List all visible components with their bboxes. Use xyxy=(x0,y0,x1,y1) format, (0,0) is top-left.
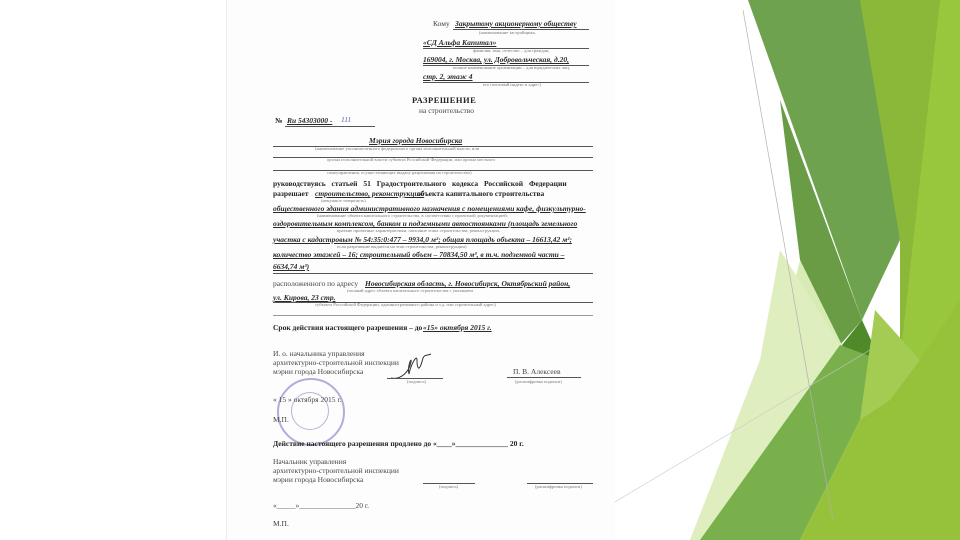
ext-signatory-line-2: архитектурно-строительной инспекции xyxy=(273,467,399,475)
validity-label: Срок действия настоящего разрешения – до xyxy=(273,324,422,332)
ext-signatory-line-3: мэрии города Новосибирска xyxy=(273,476,363,484)
ext-name-caption: (расшифровка подписи) xyxy=(535,485,582,490)
recipient-line-3: 169004, г. Москва, ул. Добровольческая, … xyxy=(423,56,569,64)
address-line-2: ул. Кирова, 23 стр. xyxy=(273,294,335,302)
issuer-caption-2: органа исполнительной власти субъекта Ро… xyxy=(327,158,495,163)
number-label: № xyxy=(275,117,283,125)
basis-line-2-suffix: объекта капитального строительства xyxy=(417,190,544,198)
basis-line-2-value: строительство, реконструкцию xyxy=(315,190,424,198)
recipient-line-2: «СД Альфа Капитал» xyxy=(423,39,496,47)
signature-caption: (подпись) xyxy=(407,380,426,385)
object-line-1: общественного здания административного н… xyxy=(273,205,586,213)
recipient-line-4: стр. 2, этаж 4 xyxy=(423,73,473,81)
signatory-line-2: архитектурно-строительной инспекции xyxy=(273,359,399,367)
divider xyxy=(273,315,593,316)
address-line-1: Новосибирская область, г. Новосибирск, О… xyxy=(365,280,570,288)
object-line-3: участка с кадастровым № 54:35:0:477 – 99… xyxy=(273,236,572,244)
divider xyxy=(507,377,581,378)
recipient-caption-3: полное наименование организации – для юр… xyxy=(453,66,570,71)
seal-label: М.П. xyxy=(273,416,289,424)
object-caption-3: если разрешение выдается на этап строите… xyxy=(337,245,467,250)
presentation-slide: Кому Закрытому акционерному обществу (на… xyxy=(0,0,960,540)
basis-line-1: руководствуясь статьей 51 Градостроитель… xyxy=(273,180,567,188)
object-line-4: количество этажей – 16; строительный объ… xyxy=(273,251,564,259)
issuer-caption-1: (наименование уполномоченного федерально… xyxy=(315,147,479,152)
address-prefix: расположенного по адресу xyxy=(273,280,358,288)
recipient-caption-1: (наименование застройщика, xyxy=(479,31,536,36)
signatory-line-1: И. о. начальника управления xyxy=(273,350,365,358)
signatory-line-3: мэрии города Новосибирска xyxy=(273,368,363,376)
permit-number-handwritten: 111 xyxy=(341,116,351,124)
ext-signature-caption: (подпись) xyxy=(439,485,458,490)
signatory-name: П. В. Алексеев xyxy=(513,368,560,376)
extension-text: Действие настоящего разрешения продлено … xyxy=(273,440,524,448)
divider xyxy=(285,126,375,127)
official-seal xyxy=(277,378,345,446)
divider xyxy=(273,273,593,274)
basis-caption: (ненужное зачеркнуть) xyxy=(321,199,366,204)
document-title: РАЗРЕШЕНИЕ xyxy=(412,96,476,105)
address-caption-1: (полный адрес объекта капитального строи… xyxy=(347,289,473,294)
sign-date: « 15 » октября 2015 г. xyxy=(273,396,341,404)
ext-signatory-line-1: Начальник управления xyxy=(273,458,346,466)
ext-date: «_____»_______________20 г. xyxy=(273,502,369,510)
ext-seal-label: М.П. xyxy=(273,520,289,528)
object-line-2: оздоровительным комплексом, банком и под… xyxy=(273,220,577,228)
object-caption-2: краткие проектные характеристики, описан… xyxy=(337,229,500,234)
address-caption-2: субъекта Российской Федерации, администр… xyxy=(315,303,496,308)
issuer: Мэрия города Новосибирска xyxy=(369,137,462,145)
object-line-5: 6634,74 м³) xyxy=(273,263,309,271)
recipient-caption-2: фамилия, имя, отчество – для граждан, xyxy=(473,49,549,54)
basis-line-2-prefix: разрешает xyxy=(273,190,309,198)
scanned-building-permit: Кому Закрытому акционерному обществу (на… xyxy=(226,0,615,540)
signatory-name-caption: (расшифровка подписи) xyxy=(515,380,562,385)
document-subtitle: на строительство xyxy=(419,107,474,115)
recipient-label: Кому xyxy=(433,20,450,28)
object-caption-1: (наименование объекта капитального строи… xyxy=(317,214,508,219)
permit-number: Ru 54303000 - xyxy=(287,117,332,125)
validity-date: «15» октября 2015 г. xyxy=(423,324,492,332)
recipient-line-1: Закрытому акционерному обществу xyxy=(455,20,577,28)
issuer-caption-3: самоуправления, осуществляющих выдачу ра… xyxy=(327,171,472,176)
recipient-caption-4: его почтовый индекс и адрес) xyxy=(483,83,541,88)
